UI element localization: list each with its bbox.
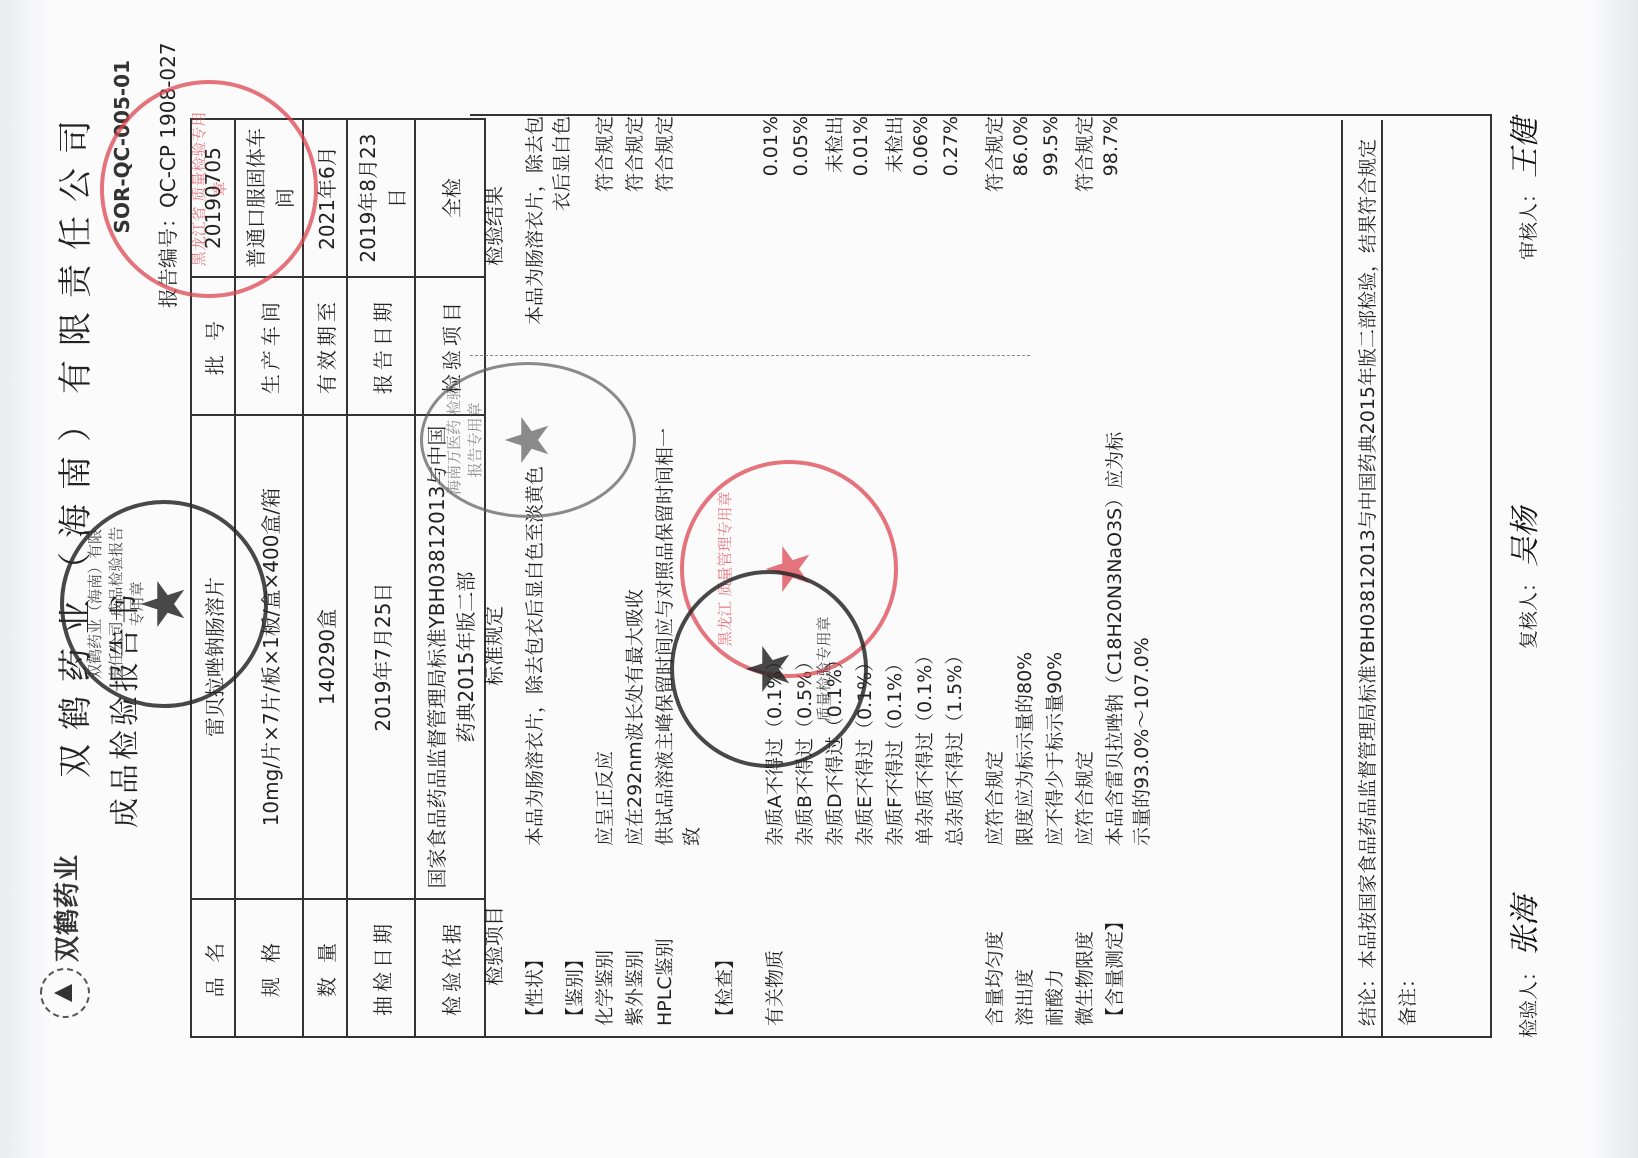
star-icon: ★: [498, 413, 558, 467]
row-result: 符合规定: [620, 116, 647, 336]
column-divider: [470, 355, 1030, 356]
row-item: 紫外鉴别: [620, 886, 647, 1026]
row-item: 微生物限度: [1070, 886, 1097, 1026]
row-item: 含量均匀度: [980, 886, 1007, 1026]
row-result: 0.05%: [790, 116, 812, 336]
row-result: 0.27%: [940, 116, 962, 336]
row-result: 本品为肠溶衣片，除去包衣后显白色: [520, 116, 574, 336]
company-logo: 双鹤药业: [40, 854, 90, 1018]
row-result: 0.06%: [910, 116, 932, 336]
row-item: 有关物质: [760, 886, 787, 1026]
approver-signature: 审核人：王健: [1500, 118, 1544, 260]
column-header-item: 检验项目: [478, 906, 507, 986]
logo-text: 双鹤药业: [47, 854, 84, 962]
company-stamp-text: 双鹤药业（海南）有限责任公司 成品检验报告专用章: [84, 524, 147, 684]
quantity-label: 数 量: [303, 899, 347, 1037]
row-result: 99.5%: [1040, 116, 1062, 336]
crane-logo-icon: [40, 968, 90, 1018]
row-item: 【鉴别】: [560, 886, 587, 1026]
row-result: 未检出: [880, 116, 907, 336]
company-stamp: ★ 双鹤药业（海南）有限责任公司 成品检验报告专用章: [60, 500, 268, 708]
remark-label: 备注：: [1397, 969, 1419, 1026]
sample-date-label: 抽检日期: [347, 899, 415, 1037]
inspector-label: 检验人：: [1518, 962, 1540, 1038]
star-icon: ★: [739, 642, 799, 696]
row-standard: 本品含雷贝拉唑钠（C18H20N3NaO3S）应为标示量的93.0%～107.0…: [1100, 416, 1154, 846]
report-date-label: 报告日期: [347, 277, 415, 415]
row-result: 未检出: [820, 116, 847, 336]
red-stamp-top-text: 黑龙江省 质量检验专用章: [188, 105, 230, 273]
row-standard: 应符合规定: [980, 416, 1007, 846]
conclusion-text: 本品按国家食品药品监督管理局标准YBH03812013与中国药典2015年版二部…: [1357, 139, 1379, 969]
row-item: 【含量测定】: [1100, 886, 1127, 1026]
quantity: 140290盒: [303, 415, 347, 899]
sample-date: 2019年7月25日: [347, 415, 415, 899]
row-item: 【检查】: [710, 886, 737, 1026]
row-result: 符合规定: [590, 116, 617, 336]
workshop-label: 生产车间: [235, 277, 303, 415]
results-table: 检验项目 标准规定 检验结果 【性状】本品为肠溶衣片，除去包衣后显白色至淡黄色本…: [470, 114, 1492, 1038]
row-item: 【性状】: [520, 886, 547, 1026]
red-stamp-top: 黑龙江省 质量检验专用章: [100, 80, 318, 298]
row-result: 0.01%: [850, 116, 872, 336]
row-result: 86.0%: [1010, 116, 1032, 336]
row-result: 符合规定: [650, 116, 677, 336]
dark-stamp: ★ 质量检验专用章: [670, 570, 868, 768]
inspector-name: 张海: [1508, 896, 1543, 956]
column-header-standard: 标准规定: [478, 606, 507, 686]
conclusion-label: 结论：: [1357, 969, 1379, 1026]
row-item: HPLC鉴别: [650, 886, 677, 1026]
dark-stamp-text: 质量检验专用章: [813, 593, 834, 745]
reviewer-signature: 复核人：吴杨: [1500, 507, 1544, 649]
expiry-label: 有效期至: [303, 277, 347, 415]
approver-label: 审核人：: [1518, 184, 1540, 260]
row-item: 耐酸力: [1040, 886, 1067, 1026]
reviewer-label: 复核人：: [1518, 573, 1540, 649]
gray-stamp: ★ 海南万医药 检验报告专用章: [420, 362, 636, 518]
row-result: 符合规定: [1070, 116, 1097, 336]
reviewer-name: 吴杨: [1508, 507, 1543, 567]
spec-label: 规 格: [235, 899, 303, 1037]
gray-stamp-text: 海南万医药 检验报告专用章: [443, 380, 485, 500]
row-standard: 限度应为标示量的80%: [1010, 416, 1037, 846]
row-standard: 应不得少于标示量90%: [1040, 416, 1067, 846]
remark: 备注：: [1381, 120, 1430, 1036]
row-standard: 单杂质不得过（0.1%）: [910, 416, 937, 846]
report-date: 2019年8月23日: [347, 119, 415, 277]
inspector-signature: 检验人：张海: [1500, 896, 1544, 1038]
approver-name: 王健: [1508, 118, 1543, 178]
column-header-result: 检验结果: [478, 186, 507, 266]
signature-row: 检验人：张海 复核人：吴杨 审核人：王健: [1500, 118, 1544, 1038]
row-standard: 应符合规定: [1070, 416, 1097, 846]
row-item: 溶出度: [1010, 886, 1037, 1026]
row-item: 化学鉴别: [590, 886, 617, 1026]
row-result: 0.01%: [760, 116, 782, 336]
row-standard: 应在292nm波长处有最大吸收: [620, 416, 647, 846]
row-standard: 总杂质不得过（1.5%）: [940, 416, 967, 846]
row-result: 符合规定: [980, 116, 1007, 336]
row-result: 98.7%: [1100, 116, 1122, 336]
product-name-label: 品 名: [191, 899, 235, 1037]
row-standard: 杂质F不得过（0.1%）: [880, 416, 907, 846]
inspection-report-page: 双鹤药业 双鹤药业（海南）有限责任公司 SOR-QC-005-01 成品检验报告…: [0, 0, 1638, 1158]
